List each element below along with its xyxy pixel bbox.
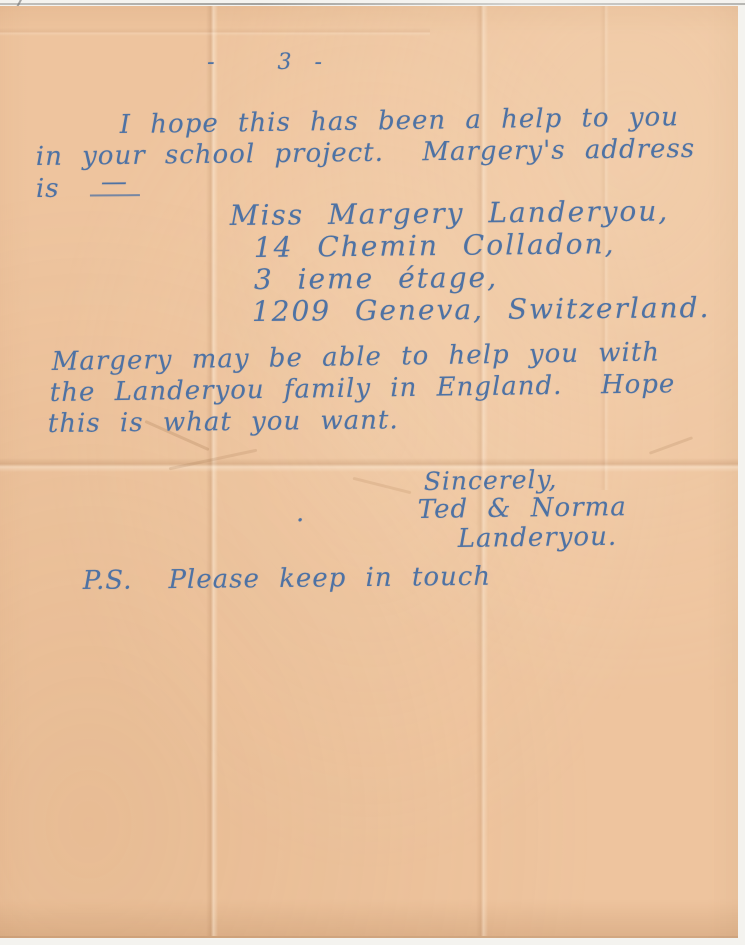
paragraph1-line3: is—: [36, 172, 140, 204]
signature-names: Ted & Norma: [418, 492, 627, 525]
postscript-text: Please keep in touch: [168, 562, 491, 595]
crumple-mark: [649, 436, 693, 455]
signature-surname: Landeryou.: [458, 522, 618, 554]
scanner-edge-line: [0, 3, 745, 5]
paragraph2-line3: this is what you want.: [48, 405, 399, 439]
address-floor-line: 3 ieme étage,: [254, 261, 498, 296]
page-number: - 3 -: [166, 50, 366, 75]
stray-ink-dot: .: [296, 498, 305, 528]
postscript-label: P.S.: [83, 565, 133, 596]
crumple-mark: [353, 477, 412, 494]
crumple-mark: [169, 449, 258, 471]
fold-crease-horizontal-top: [0, 28, 430, 36]
underlined-dash: —: [89, 172, 139, 196]
address-city-line: 1209 Geneva, Switzerland.: [252, 291, 711, 328]
address-street-line: 14 Chemin Colladon,: [254, 227, 616, 264]
paragraph1-line3-word: is: [36, 174, 60, 204]
scanned-letter-background: - 3 - I hope this has been a help to you…: [0, 0, 745, 945]
fold-crease-horizontal-middle: [0, 458, 738, 472]
postscript-line: P.S.Please keep in touch: [83, 562, 492, 596]
closing-salutation: Sincerely,: [423, 465, 557, 496]
